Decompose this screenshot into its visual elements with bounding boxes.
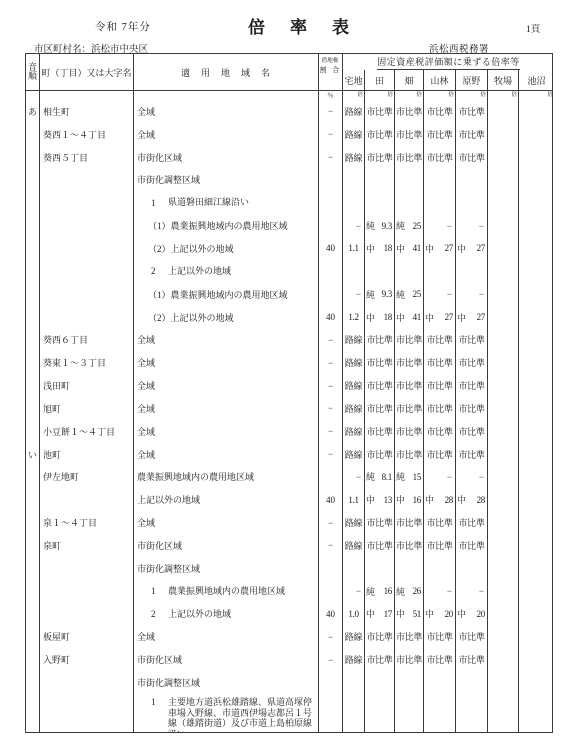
- leasehold-ratio-cell: −: [319, 534, 343, 557]
- value-number: 20: [477, 609, 485, 619]
- value-cell: [488, 420, 519, 443]
- value-cell: [519, 694, 552, 732]
- area-item-text: 上記以外の地域: [168, 266, 316, 277]
- value-prefix: 純: [396, 288, 405, 301]
- table-row: 旭町全域−路線市比準市比準市比準市比準: [26, 397, 552, 420]
- area-cell: 上記以外の地域: [134, 488, 319, 511]
- value-cell: 市比準: [424, 146, 456, 169]
- value-cell: 中41: [395, 237, 424, 260]
- area-cell: 市街化調整区域: [134, 557, 319, 580]
- value-cell: 1.0: [343, 603, 365, 626]
- value-cell: −: [424, 580, 456, 603]
- area-cell: 全域: [134, 374, 319, 397]
- value-cell: [343, 169, 365, 192]
- value-cell: 中17: [365, 603, 395, 626]
- value-prefix: 中: [396, 607, 405, 620]
- town-cell: [40, 671, 134, 694]
- value-cell: 市比準: [365, 123, 395, 146]
- kana-cell: [26, 123, 40, 146]
- unit-spacer-area: [134, 91, 319, 100]
- era-year-label: 令和 7年分: [95, 19, 151, 34]
- kana-cell: [26, 625, 40, 648]
- area-cell: 全域: [134, 420, 319, 443]
- col-header-area: 適 用 地 域 名: [134, 54, 319, 90]
- value-prefix: 純: [396, 219, 405, 232]
- area-cell: 市街化区域: [134, 648, 319, 671]
- town-cell: 小豆餅１～４丁目: [40, 420, 134, 443]
- kana-cell: [26, 260, 40, 283]
- town-cell: [40, 169, 134, 192]
- value-cell: 市比準: [456, 328, 488, 351]
- value-cell: [519, 603, 552, 626]
- value-number: 41: [413, 312, 421, 322]
- value-cell: −: [424, 283, 456, 306]
- value-cell: [424, 557, 456, 580]
- unit-bai-mark: 倍: [456, 91, 488, 100]
- value-cell: [456, 694, 488, 732]
- value-cell: [395, 671, 424, 694]
- value-prefix: 中: [366, 493, 375, 506]
- value-cell: [395, 260, 424, 283]
- kana-cell: [26, 580, 40, 603]
- leasehold-ratio-cell: [319, 580, 343, 603]
- kana-cell: [26, 648, 40, 671]
- value-cell: 市比準: [365, 625, 395, 648]
- value-cell: −: [424, 466, 456, 489]
- table-row: あ相生町全域−路線市比準市比準市比準市比準: [26, 100, 552, 123]
- town-cell: [40, 260, 134, 283]
- value-cell: 市比準: [365, 511, 395, 534]
- area-cell: （1）農業振興地域内の農用地区域: [134, 283, 319, 306]
- value-cell: [488, 100, 519, 123]
- document-title: 倍 率 表: [248, 13, 353, 38]
- value-cell: 純9.3: [365, 214, 395, 237]
- col-header-kana-bottom: 順: [28, 72, 37, 82]
- value-cell: [519, 169, 552, 192]
- value-cell: [488, 488, 519, 511]
- value-cell: [488, 694, 519, 732]
- value-cell: 中20: [456, 603, 488, 626]
- kana-cell: [26, 214, 40, 237]
- value-cell: 路線: [343, 511, 365, 534]
- unit-spacer-town: [40, 91, 134, 100]
- unit-row: ％ 倍 倍 倍 倍 倍 倍 倍: [26, 91, 552, 100]
- value-number: 18: [384, 243, 392, 253]
- value-cell: [343, 260, 365, 283]
- value-cell: −: [343, 214, 365, 237]
- value-cell: [519, 443, 552, 466]
- value-cell: 市比準: [395, 351, 424, 374]
- value-cell: [519, 306, 552, 329]
- value-cell: 市比準: [456, 534, 488, 557]
- value-prefix: 中: [366, 607, 375, 620]
- leasehold-ratio-cell: [319, 557, 343, 580]
- table-header: 音 順 町（丁目）又は大字名 適 用 地 域 名 借地権 割 合 固定資産税評価…: [26, 54, 552, 91]
- value-prefix: 中: [396, 242, 405, 255]
- table-row: 2上記以外の地域: [26, 260, 552, 283]
- value-cell: 1.1: [343, 237, 365, 260]
- town-cell: 浅田町: [40, 374, 134, 397]
- value-cell: [519, 374, 552, 397]
- value-cell: [519, 214, 552, 237]
- value-cell: 市比準: [424, 511, 456, 534]
- leasehold-ratio-cell: −: [319, 420, 343, 443]
- value-cell: [488, 146, 519, 169]
- kana-cell: [26, 466, 40, 489]
- value-number: 8.1: [382, 472, 392, 482]
- kana-cell: [26, 511, 40, 534]
- value-cell: 市比準: [424, 397, 456, 420]
- value-prefix: 中: [366, 311, 375, 324]
- town-cell: 葵東１～３丁目: [40, 351, 134, 374]
- leasehold-ratio-cell: 40: [319, 237, 343, 260]
- value-prefix: 純: [396, 470, 405, 483]
- unit-bai-mark: 倍: [519, 91, 553, 100]
- value-cell: 中18: [365, 237, 395, 260]
- kana-cell: [26, 603, 40, 626]
- value-cell: 市比準: [365, 420, 395, 443]
- value-cell: [519, 283, 552, 306]
- value-cell: 市比準: [456, 397, 488, 420]
- value-cell: [365, 694, 395, 732]
- value-cell: [365, 671, 395, 694]
- value-cell: 市比準: [365, 443, 395, 466]
- value-cell: 市比準: [424, 420, 456, 443]
- value-cell: [395, 191, 424, 214]
- value-cell: [395, 169, 424, 192]
- value-cell: 市比準: [424, 328, 456, 351]
- table-row: 泉１～４丁目全域−路線市比準市比準市比準市比準: [26, 511, 552, 534]
- value-prefix: 純: [366, 219, 375, 232]
- value-cell: 路線: [343, 146, 365, 169]
- area-cell: 2上記以外の地域: [134, 603, 319, 626]
- area-item-number: 1: [151, 198, 168, 208]
- unit-bai-mark: 倍: [424, 91, 456, 100]
- value-cell: [519, 557, 552, 580]
- value-cell: 中27: [456, 237, 488, 260]
- table-row: 上記以外の地域401.1中13中16中28中28: [26, 488, 552, 511]
- leasehold-ratio-cell: [319, 466, 343, 489]
- value-cell: 市比準: [456, 420, 488, 443]
- table-row: 1主要地方道浜松雄踏線、県道高塚停車場入野線、市道西伊場志都呂１号線（雄踏街道）…: [26, 694, 552, 732]
- value-cell: 中27: [456, 306, 488, 329]
- value-number: 20: [445, 609, 453, 619]
- value-cell: 市比準: [365, 374, 395, 397]
- area-item-number: 2: [151, 266, 168, 276]
- leasehold-ratio-cell: [319, 214, 343, 237]
- table-row: 市街化調整区域: [26, 169, 552, 192]
- value-cell: 市比準: [395, 328, 424, 351]
- value-cell: [519, 466, 552, 489]
- kana-cell: い: [26, 443, 40, 466]
- value-prefix: 中: [366, 242, 375, 255]
- value-cell: [488, 374, 519, 397]
- value-cell: [395, 557, 424, 580]
- leasehold-ratio-cell: 40: [319, 603, 343, 626]
- value-cell: 純25: [395, 283, 424, 306]
- town-cell: 相生町: [40, 100, 134, 123]
- table-row: 1農業振興地域内の農用地区域−純16純26−−: [26, 580, 552, 603]
- value-cell: [365, 169, 395, 192]
- value-cell: [488, 603, 519, 626]
- col-header-leasehold-ratio: 借地権 割 合: [319, 54, 343, 90]
- area-cell: 市街化区域: [134, 534, 319, 557]
- value-cell: [488, 648, 519, 671]
- value-cell: 中13: [365, 488, 395, 511]
- col-header-genya: 原野: [456, 70, 488, 90]
- area-cell: 全域: [134, 328, 319, 351]
- value-number: 27: [477, 312, 485, 322]
- value-cell: 中16: [395, 488, 424, 511]
- value-number: 25: [413, 289, 421, 299]
- value-cell: 路線: [343, 648, 365, 671]
- value-cell: [365, 191, 395, 214]
- town-cell: 泉町: [40, 534, 134, 557]
- town-cell: 葵西５丁目: [40, 146, 134, 169]
- table-row: （1）農業振興地域内の農用地区域−純9.3純25−−: [26, 214, 552, 237]
- area-cell: 全域: [134, 625, 319, 648]
- value-prefix: 純: [396, 585, 405, 598]
- value-cell: [365, 557, 395, 580]
- value-cell: [424, 671, 456, 694]
- value-cell: [488, 351, 519, 374]
- value-cell: [456, 191, 488, 214]
- value-cell: 市比準: [365, 534, 395, 557]
- value-cell: [488, 283, 519, 306]
- value-cell: −: [456, 580, 488, 603]
- value-cell: 路線: [343, 123, 365, 146]
- area-item-number: 1: [151, 697, 168, 707]
- area-cell: （1）農業振興地域内の農用地区域: [134, 214, 319, 237]
- table-row: 葵西５丁目市街化区域−路線市比準市比準市比準市比準: [26, 146, 552, 169]
- col-header-chisho: 池沼: [519, 70, 553, 90]
- value-cell: [343, 694, 365, 732]
- value-cell: 路線: [343, 374, 365, 397]
- value-cell: 市比準: [365, 648, 395, 671]
- kana-cell: あ: [26, 100, 40, 123]
- value-number: 51: [413, 609, 421, 619]
- value-cell: [519, 100, 552, 123]
- kana-cell: [26, 306, 40, 329]
- value-cell: [519, 488, 552, 511]
- leasehold-ratio-cell: [319, 283, 343, 306]
- value-number: 9.3: [382, 289, 392, 299]
- value-cell: [488, 443, 519, 466]
- value-number: 16: [413, 495, 421, 505]
- value-cell: 純26: [395, 580, 424, 603]
- leasehold-ratio-cell: [319, 260, 343, 283]
- kana-cell: [26, 374, 40, 397]
- value-cell: 市比準: [456, 648, 488, 671]
- area-item-number: 2: [151, 609, 168, 619]
- value-cell: 市比準: [395, 625, 424, 648]
- value-number: 28: [445, 495, 453, 505]
- value-cell: 市比準: [395, 420, 424, 443]
- value-prefix: 中: [425, 311, 434, 324]
- kana-cell: [26, 557, 40, 580]
- value-cell: −: [456, 283, 488, 306]
- leasehold-ratio-cell: −: [319, 328, 343, 351]
- value-cell: 市比準: [424, 625, 456, 648]
- area-cell: 全域: [134, 397, 319, 420]
- value-number: 41: [413, 243, 421, 253]
- value-number: 9.3: [382, 221, 392, 231]
- area-item-number: 1: [151, 586, 168, 596]
- value-prefix: 純: [366, 470, 375, 483]
- value-cell: [424, 191, 456, 214]
- value-cell: 市比準: [456, 123, 488, 146]
- town-cell: 板屋町: [40, 625, 134, 648]
- value-cell: [456, 671, 488, 694]
- area-item-text: 上記以外の地域: [168, 609, 316, 620]
- area-cell: 2上記以外の地域: [134, 260, 319, 283]
- value-cell: 中51: [395, 603, 424, 626]
- town-cell: 伊左地町: [40, 466, 134, 489]
- area-cell: （2）上記以外の地域: [134, 306, 319, 329]
- area-cell: 農業振興地域内の農用地区域: [134, 466, 319, 489]
- town-cell: [40, 237, 134, 260]
- leasehold-ratio-cell: −: [319, 443, 343, 466]
- col-header-multiplier-group: 固定資産税評価額に乗ずる倍率等 宅地 田 畑 山林 原野 牧場 池沼: [343, 54, 553, 90]
- leasehold-ratio-cell: −: [319, 625, 343, 648]
- leasehold-ratio-cell: [319, 169, 343, 192]
- value-cell: [488, 237, 519, 260]
- value-cell: 市比準: [424, 443, 456, 466]
- value-prefix: 中: [396, 493, 405, 506]
- unit-spacer-kana: [26, 91, 40, 100]
- value-cell: 市比準: [395, 146, 424, 169]
- value-cell: 中18: [365, 306, 395, 329]
- value-cell: 市比準: [365, 397, 395, 420]
- value-cell: 市比準: [395, 534, 424, 557]
- kana-cell: [26, 488, 40, 511]
- value-cell: 中41: [395, 306, 424, 329]
- value-cell: [488, 466, 519, 489]
- area-item-text: 農業振興地域内の農用地区域: [168, 586, 316, 597]
- value-prefix: 純: [366, 585, 375, 598]
- value-number: 13: [384, 495, 392, 505]
- value-cell: [488, 123, 519, 146]
- value-cell: 市比準: [456, 351, 488, 374]
- table-row: 葵西１～４丁目全域−路線市比準市比準市比準市比準: [26, 123, 552, 146]
- value-cell: −: [456, 466, 488, 489]
- value-cell: −: [456, 214, 488, 237]
- kana-cell: [26, 328, 40, 351]
- table-row: 浅田町全域−路線市比準市比準市比準市比準: [26, 374, 552, 397]
- area-cell: 全域: [134, 511, 319, 534]
- value-prefix: 中: [457, 607, 466, 620]
- value-prefix: 純: [366, 288, 375, 301]
- leasehold-ratio-cell: −: [319, 123, 343, 146]
- area-item-text: 主要地方道浜松雄踏線、県道高塚停車場入野線、市道西伊場志都呂１号線（雄踏街道）及…: [168, 697, 316, 732]
- value-cell: [424, 694, 456, 732]
- kana-cell: [26, 671, 40, 694]
- value-cell: [519, 580, 552, 603]
- table-row: （1）農業振興地域内の農用地区域−純9.3純25−−: [26, 283, 552, 306]
- value-cell: 市比準: [456, 511, 488, 534]
- value-cell: [488, 260, 519, 283]
- col-header-kana: 音 順: [26, 54, 40, 90]
- area-cell: 全域: [134, 100, 319, 123]
- value-cell: [488, 671, 519, 694]
- kana-cell: [26, 146, 40, 169]
- value-cell: 路線: [343, 397, 365, 420]
- value-number: 26: [413, 586, 421, 596]
- value-cell: [488, 328, 519, 351]
- value-cell: [456, 260, 488, 283]
- page-number: 1頁: [526, 21, 540, 35]
- value-number: 18: [384, 312, 392, 322]
- town-cell: [40, 488, 134, 511]
- value-cell: [519, 625, 552, 648]
- leasehold-ratio-cell: −: [319, 648, 343, 671]
- value-cell: [424, 169, 456, 192]
- table-row: 小豆餅１～４丁目全域−路線市比準市比準市比準市比準: [26, 420, 552, 443]
- value-cell: [456, 557, 488, 580]
- value-cell: 市比準: [424, 351, 456, 374]
- unit-bai-mark: 倍: [488, 91, 519, 100]
- value-cell: 路線: [343, 534, 365, 557]
- value-number: 15: [413, 472, 421, 482]
- table-row: 泉町市街化区域−路線市比準市比準市比準市比準: [26, 534, 552, 557]
- value-cell: 市比準: [395, 374, 424, 397]
- value-cell: [488, 511, 519, 534]
- town-cell: 入野町: [40, 648, 134, 671]
- kana-cell: [26, 397, 40, 420]
- area-cell: 1県道磐田細江線沿い: [134, 191, 319, 214]
- value-cell: [488, 534, 519, 557]
- kana-cell: [26, 283, 40, 306]
- value-cell: 路線: [343, 443, 365, 466]
- town-cell: 旭町: [40, 397, 134, 420]
- area-cell: 全域: [134, 123, 319, 146]
- unit-bai-mark: 倍: [343, 91, 365, 100]
- value-cell: 市比準: [395, 511, 424, 534]
- value-cell: 市比準: [365, 328, 395, 351]
- col-header-takuchi: 宅地: [343, 70, 365, 90]
- value-cell: [519, 146, 552, 169]
- table-row: 1県道磐田細江線沿い: [26, 191, 552, 214]
- town-cell: 葵西６丁目: [40, 328, 134, 351]
- value-cell: 市比準: [395, 443, 424, 466]
- value-cell: −: [343, 466, 365, 489]
- leasehold-ratio-cell: 40: [319, 488, 343, 511]
- area-item-text: 県道磐田細江線沿い: [168, 197, 316, 208]
- leasehold-ratio-cell: [319, 671, 343, 694]
- value-cell: [488, 214, 519, 237]
- value-cell: 中20: [424, 603, 456, 626]
- town-cell: 葵西１～４丁目: [40, 123, 134, 146]
- value-cell: [488, 191, 519, 214]
- value-cell: 市比準: [456, 100, 488, 123]
- value-cell: 純9.3: [365, 283, 395, 306]
- value-prefix: 中: [457, 493, 466, 506]
- value-cell: −: [424, 214, 456, 237]
- multiplier-subcolumns: 宅地 田 畑 山林 原野 牧場 池沼: [343, 70, 553, 90]
- town-cell: 泉１～４丁目: [40, 511, 134, 534]
- value-cell: [343, 557, 365, 580]
- kana-cell: [26, 534, 40, 557]
- value-cell: 路線: [343, 625, 365, 648]
- value-cell: [488, 169, 519, 192]
- value-cell: 市比準: [395, 100, 424, 123]
- value-cell: 路線: [343, 351, 365, 374]
- value-cell: [519, 648, 552, 671]
- town-cell: [40, 306, 134, 329]
- leasehold-ratio-cell: −: [319, 397, 343, 420]
- col-header-bokujo: 牧場: [488, 70, 519, 90]
- value-cell: [395, 694, 424, 732]
